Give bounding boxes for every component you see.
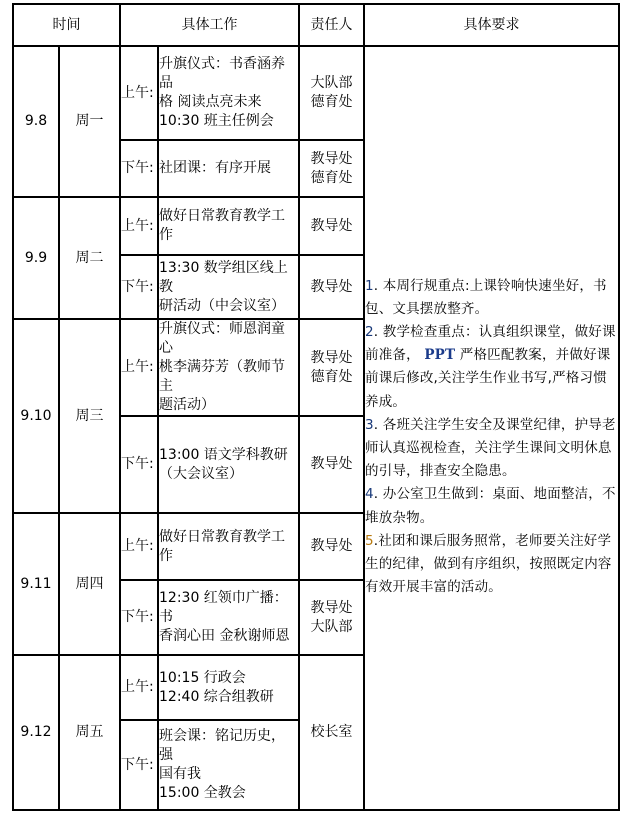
weekday-cell: 周二: [59, 197, 120, 319]
am-label: 上午:: [120, 319, 158, 416]
work-cell: 做好日常教育教学工 作: [158, 513, 299, 580]
owner-line: 教导处: [300, 537, 363, 556]
work-line: 13:30 数学组区线上教: [159, 259, 298, 297]
work-cell: 12:30 红领巾广播：书 香润心田 金秋谢师恩: [158, 580, 299, 655]
pm-label: 下午:: [120, 255, 158, 319]
owner-line: 教导处: [300, 599, 363, 618]
requirements-text: 1. 本周行规重点:上课铃响快速坐好，书包、文具摆放整齐。 2. 教学检查重点：…: [365, 275, 618, 600]
owner-line: 教导处: [300, 150, 363, 169]
weekday-cell: 周四: [59, 513, 120, 655]
table-row: 9.8 周一 上午: 升旗仪式：书香涵养品 格 阅读点亮未来 10:30 班主任…: [13, 46, 619, 140]
owner-line: 校长室: [300, 723, 363, 742]
am-label: 上午:: [120, 513, 158, 580]
date-cell: 9.8: [13, 46, 59, 197]
weekday-cell: 周一: [59, 46, 120, 197]
owner-cell: 教导处: [299, 416, 364, 513]
requirement-item-3: 3. 各班关注学生安全及课堂纪律，护导老师认真巡视检查，关注学生课间文明休息的引…: [365, 414, 618, 484]
date-cell: 9.11: [13, 513, 59, 655]
work-line: 做好日常教育教学工: [159, 528, 298, 547]
owner-line: 教导处: [300, 217, 363, 236]
owner-line: 德育处: [300, 93, 363, 112]
owner-line: 德育处: [300, 169, 363, 188]
header-time: 时间: [13, 4, 120, 46]
work-line: 班会课：铭记历史，强: [159, 727, 298, 765]
work-line: 12:40 综合组教研: [159, 688, 298, 707]
work-line: 桃李满芬芳（教师节主: [159, 358, 298, 396]
requirement-item-5: 5.社团和课后服务照常，老师要关注好学生的纪律，做到有序组织，按照既定内容有效开…: [365, 530, 618, 600]
work-cell: 升旗仪式：师恩润童心 桃李满芬芳（教师节主 题活动）: [158, 319, 299, 416]
owner-line: 教导处: [300, 455, 363, 474]
work-line: 10:30 班主任例会: [159, 112, 298, 131]
pm-label: 下午:: [120, 720, 158, 810]
work-line: 15:00 全教会: [159, 784, 298, 803]
work-line: 做好日常教育教学工: [159, 207, 298, 226]
owner-cell: 大队部 德育处: [299, 46, 364, 140]
pm-label: 下午:: [120, 580, 158, 655]
work-line: 升旗仪式：书香涵养品: [159, 55, 298, 93]
owner-cell: 教导处 德育处: [299, 140, 364, 197]
owner-line: 大队部: [300, 618, 363, 637]
work-line: 格 阅读点亮未来: [159, 93, 298, 112]
work-line: 13:00 语文学科教研: [159, 446, 298, 465]
owner-cell: 教导处 大队部: [299, 580, 364, 655]
work-cell: 13:00 语文学科教研 （大会议室）: [158, 416, 299, 513]
work-line: 10:15 行政会: [159, 669, 298, 688]
am-label: 上午:: [120, 655, 158, 720]
owner-cell: 校长室: [299, 655, 364, 810]
requirement-item-1: 1. 本周行规重点:上课铃响快速坐好，书包、文具摆放整齐。: [365, 275, 618, 321]
work-line: 题活动）: [159, 396, 298, 415]
pm-label: 下午:: [120, 140, 158, 197]
header-row: 时间 具体工作 责任人 具体要求: [13, 4, 619, 46]
work-cell: 班会课：铭记历史，强 国有我 15:00 全教会: [158, 720, 299, 810]
work-cell: 社团课：有序开展: [158, 140, 299, 197]
date-cell: 9.10: [13, 319, 59, 513]
owner-line: 大队部: [300, 74, 363, 93]
work-line: 12:30 红领巾广播：书: [159, 589, 298, 627]
work-line: 作: [159, 226, 298, 245]
ppt-text: PPT: [424, 347, 455, 363]
owner-cell: 教导处 德育处: [299, 319, 364, 416]
weekly-schedule-table: 时间 具体工作 责任人 具体要求 9.8 周一 上午: 升旗仪式：书香涵养品 格…: [12, 3, 620, 811]
pm-label: 下午:: [120, 416, 158, 513]
owner-cell: 教导处: [299, 513, 364, 580]
header-owner: 责任人: [299, 4, 364, 46]
weekday-cell: 周五: [59, 655, 120, 810]
work-line: 国有我: [159, 765, 298, 784]
work-cell: 做好日常教育教学工 作: [158, 197, 299, 255]
date-cell: 9.12: [13, 655, 59, 810]
work-cell: 升旗仪式：书香涵养品 格 阅读点亮未来 10:30 班主任例会: [158, 46, 299, 140]
header-requirements: 具体要求: [364, 4, 619, 46]
header-work: 具体工作: [120, 4, 299, 46]
am-label: 上午:: [120, 197, 158, 255]
owner-line: 教导处: [300, 278, 363, 297]
requirement-item-2: 2. 教学检查重点：认真组织课堂，做好课前准备， PPT 严格匹配教案，并做好课…: [365, 321, 618, 414]
work-line: 香润心田 金秋谢师恩: [159, 627, 298, 646]
owner-cell: 教导处: [299, 197, 364, 255]
work-cell: 13:30 数学组区线上教 研活动（中会议室）: [158, 255, 299, 319]
owner-line: 德育处: [300, 368, 363, 387]
weekday-cell: 周三: [59, 319, 120, 513]
owner-line: 教导处: [300, 349, 363, 368]
am-label: 上午:: [120, 46, 158, 140]
requirement-item-4: 4. 办公室卫生做到：桌面、地面整洁，不堆放杂物。: [365, 483, 618, 529]
requirements-cell: 1. 本周行规重点:上课铃响快速坐好，书包、文具摆放整齐。 2. 教学检查重点：…: [364, 46, 619, 810]
work-cell: 10:15 行政会 12:40 综合组教研: [158, 655, 299, 720]
work-line: 社团课：有序开展: [159, 159, 298, 178]
work-line: 升旗仪式：师恩润童心: [159, 320, 298, 358]
owner-cell: 教导处: [299, 255, 364, 319]
work-line: （大会议室）: [159, 465, 298, 484]
work-line: 研活动（中会议室）: [159, 297, 298, 316]
date-cell: 9.9: [13, 197, 59, 319]
work-line: 作: [159, 547, 298, 566]
